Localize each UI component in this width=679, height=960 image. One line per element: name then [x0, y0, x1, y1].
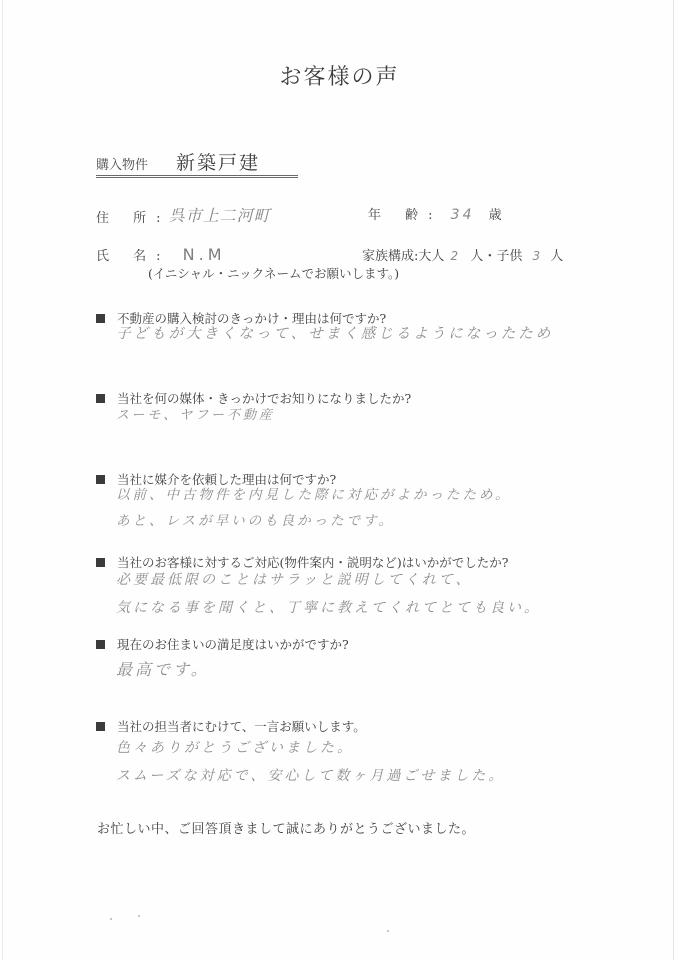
question-5-text: 現在のお住まいの満足度はいかがですか?	[117, 637, 349, 652]
address-field: 住 所: 呉市上二河町	[96, 204, 277, 227]
scan-speck	[387, 930, 389, 932]
age-field: 年 齢: 34 歳	[368, 204, 502, 223]
bullet-square-icon	[96, 475, 105, 484]
question-6-text: 当社の担当者にむけて、一言お願いします。	[117, 719, 366, 734]
property-type-row: 購入物件 新築戸建	[96, 147, 298, 178]
answer-5-line-1: 最高です。	[116, 657, 210, 683]
name-value: N.M	[183, 245, 226, 264]
answer-6-line-2: スムーズな対応で、安心して数ヶ月過ごせました。	[116, 762, 505, 790]
page-title: お客様の声	[0, 60, 679, 91]
property-label: 購入物件	[96, 154, 148, 173]
age-value: 34	[451, 207, 475, 223]
question-6: 当社の担当者にむけて、一言お願いします。	[96, 717, 366, 735]
survey-sheet: お客様の声 購入物件 新築戸建 住 所: 呉市上二河町 年 齢: 34 歳 氏 …	[0, 0, 679, 960]
answer-1: 子どもが大きくなって、せまく感じるようになったため	[116, 321, 553, 347]
scan-speck	[110, 918, 112, 920]
age-label: 年 齢:	[368, 208, 443, 223]
family-field: 家族構成:大人 2 人・子供 3 人	[362, 245, 563, 264]
answer-6-line-1: 色々ありがとうございました。	[116, 734, 505, 762]
answer-5: 最高です。	[116, 657, 210, 683]
answer-2: スーモ、ヤフー不動産	[116, 403, 275, 429]
name-note: (イニシャル・ニックネームでお願いします。)	[148, 264, 399, 282]
answer-4-line-1: 必要最低限のことはサラッと説明してくれて、	[116, 566, 541, 594]
answer-6: 色々ありがとうございました。 スムーズな対応で、安心して数ヶ月過ごせました。	[116, 734, 505, 790]
family-adults-label: 大人	[418, 249, 444, 264]
answer-4-line-2: 気になる事を聞くと、丁寧に教えてくれてとても良い。	[116, 594, 541, 622]
family-adults-unit: 人・子供	[470, 249, 522, 264]
bullet-square-icon	[96, 722, 105, 731]
family-children-value: 3	[532, 249, 540, 263]
family-children-unit: 人	[550, 249, 563, 264]
answer-3: 以前、中古物件を内見した際に対応がよかったため。 あと、レスが早いのも良かったで…	[116, 482, 511, 534]
bullet-square-icon	[96, 558, 105, 567]
address-value: 呉市上二河町	[169, 206, 271, 225]
answer-3-line-1: 以前、中古物件を内見した際に対応がよかったため。	[116, 482, 511, 508]
closing-message: お忙しい中、ご回答頂きまして誠にありがとうございました。	[97, 818, 475, 837]
scan-speck	[138, 915, 140, 917]
family-label: 家族構成:	[362, 249, 418, 264]
scan-edge-right	[673, 0, 674, 960]
answer-3-line-2: あと、レスが早いのも良かったです。	[116, 508, 511, 534]
name-field: 氏 名: N.M	[96, 245, 226, 264]
question-5: 現在のお住まいの満足度はいかがですか?	[96, 635, 349, 653]
answer-2-line-1: スーモ、ヤフー不動産	[116, 403, 275, 429]
answer-4: 必要最低限のことはサラッと説明してくれて、 気になる事を聞くと、丁寧に教えてくれ…	[116, 566, 541, 622]
name-label: 氏 名:	[96, 249, 171, 264]
answer-1-line-1: 子どもが大きくなって、せまく感じるようになったため	[116, 321, 553, 347]
address-label: 住 所:	[96, 211, 171, 226]
age-unit: 歳	[489, 208, 502, 223]
bullet-square-icon	[96, 640, 105, 649]
family-adults-value: 2	[451, 249, 459, 263]
property-value: 新築戸建	[176, 148, 260, 175]
scan-edge-left	[2, 0, 3, 960]
bullet-square-icon	[96, 394, 105, 403]
bullet-square-icon	[96, 314, 105, 323]
